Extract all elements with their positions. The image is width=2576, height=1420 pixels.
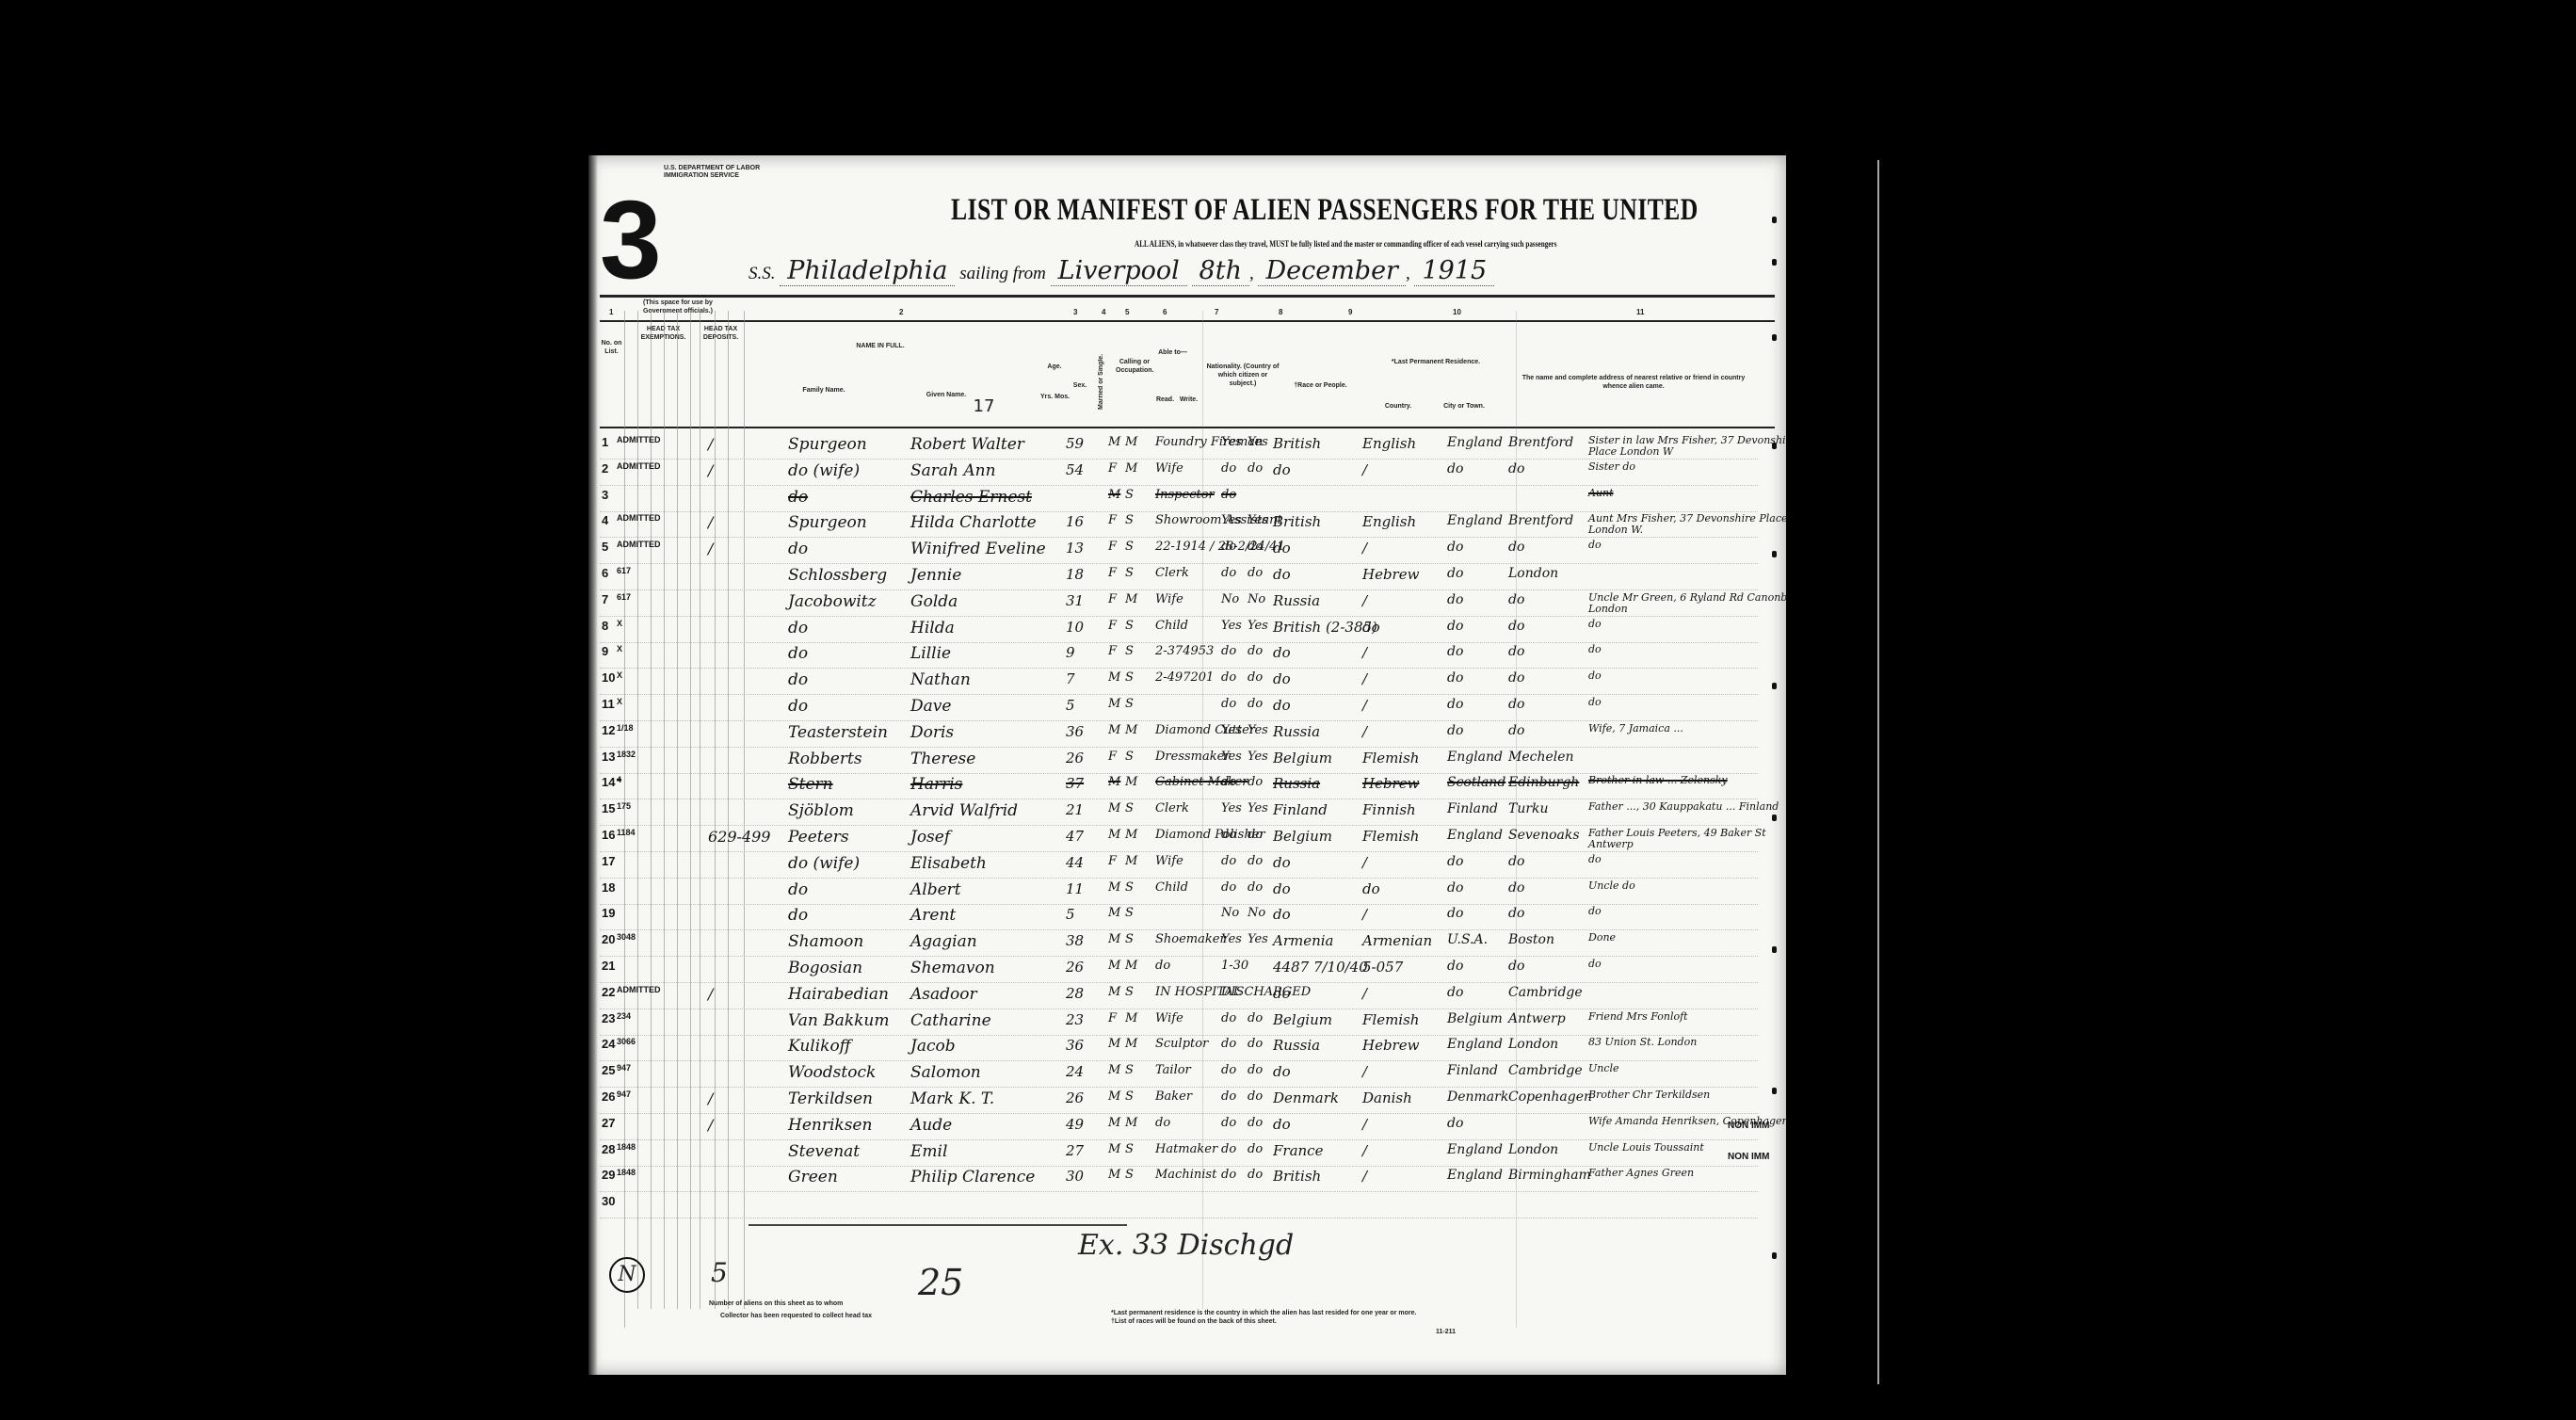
scan-edge-line xyxy=(1877,160,1879,1384)
residence-country: do xyxy=(1447,619,1463,634)
nearest-relative: 83 Union St. London xyxy=(1588,1037,1786,1048)
row-number: 10 xyxy=(602,670,615,685)
marital-status: M xyxy=(1125,828,1137,842)
table-row: 9XdoLillie9F2-374953dodo/dododoSdo xyxy=(600,642,1758,669)
departure-year: 1915 xyxy=(1414,256,1494,286)
no-on-list-header: No. on List. xyxy=(600,339,623,356)
col-number-11: 11 xyxy=(1636,308,1644,316)
sex: M xyxy=(1108,670,1120,685)
occupation: Machinist xyxy=(1155,1168,1216,1182)
occupation: Wife xyxy=(1155,592,1183,606)
able-to-write: Yes xyxy=(1248,619,1268,633)
race: Finnish xyxy=(1362,801,1416,818)
age-sub-header: Yrs. Mos. xyxy=(1038,393,1071,401)
able-to-write: do xyxy=(1248,1168,1263,1182)
nationality: Belgium xyxy=(1273,750,1332,766)
nationality: do xyxy=(1273,880,1291,897)
marital-status: S xyxy=(1125,1089,1134,1104)
given-name: Jennie xyxy=(910,566,961,585)
sex: M xyxy=(1108,1168,1120,1182)
marital-status: S xyxy=(1125,1063,1134,1077)
family-name: do xyxy=(788,644,808,663)
occupation: do xyxy=(1155,959,1170,973)
able-to-write: Yes xyxy=(1248,750,1268,764)
given-name: Emil xyxy=(910,1142,947,1161)
name-in-full-header: NAME IN FULL. xyxy=(824,342,937,350)
row-number: 20 xyxy=(602,932,615,946)
race: / xyxy=(1362,1142,1367,1159)
nationality: Armenia xyxy=(1273,932,1334,949)
race-header: †Race or People. xyxy=(1290,381,1351,390)
able-to-write: Yes xyxy=(1248,435,1268,449)
race: / xyxy=(1362,906,1367,923)
document-subtitle: ALL ALIENS, in whatsoever class they tra… xyxy=(1135,239,1557,249)
header-rule-mid xyxy=(600,320,1775,322)
age: 18 xyxy=(1066,566,1084,583)
row-number: 12 xyxy=(602,723,615,737)
residence-country: do xyxy=(1447,854,1463,869)
occupation: 2-497201 xyxy=(1155,670,1214,685)
able-to-read: do xyxy=(1221,461,1236,476)
given-name: Golda xyxy=(910,592,958,611)
able-to-read: do xyxy=(1221,644,1236,658)
residence-country: do xyxy=(1447,461,1463,476)
departure-port: Liverpool xyxy=(1051,256,1187,286)
head-tax-mark: / xyxy=(708,435,713,453)
nationality: Russia xyxy=(1273,592,1320,609)
col-number-9: 9 xyxy=(1348,308,1352,316)
occupation: Tailor xyxy=(1155,1063,1191,1077)
able-to-read: do xyxy=(1221,1089,1236,1104)
nearest-relative: do xyxy=(1588,670,1786,682)
table-row: 17do (wife)Elisabeth44FWifedodo/dododoMd… xyxy=(600,852,1758,879)
residence-country: England xyxy=(1447,750,1503,765)
sex: M xyxy=(1108,985,1120,999)
able-to-read: Yes xyxy=(1221,619,1242,633)
age: 10 xyxy=(1066,619,1084,636)
able-to-write: do xyxy=(1248,775,1263,789)
ship-prefix: S.S. xyxy=(749,264,776,283)
nationality: do xyxy=(1273,670,1291,687)
marital-status: S xyxy=(1125,906,1134,920)
inspection-stamp: 1848 xyxy=(617,1168,636,1177)
able-to-read: Yes xyxy=(1221,723,1242,737)
residence-country: do xyxy=(1447,906,1463,921)
residence-country: Finland xyxy=(1447,801,1498,816)
age: 31 xyxy=(1066,592,1084,609)
inspection-stamp: 947 xyxy=(617,1063,631,1073)
col-number-8: 8 xyxy=(1279,308,1282,316)
age: 38 xyxy=(1066,932,1084,949)
aliens-count-label: Number of aliens on this sheet as to who… xyxy=(709,1299,843,1309)
sex: M xyxy=(1108,697,1120,711)
marital-status: S xyxy=(1125,619,1134,633)
inspection-stamp: X xyxy=(617,619,622,628)
able-to-read: No xyxy=(1221,592,1239,606)
nationality: do xyxy=(1273,697,1291,714)
family-name: Robberts xyxy=(788,750,862,768)
inspection-stamp: X xyxy=(617,644,622,654)
residence-city: do xyxy=(1508,854,1524,869)
table-row: 23234Van BakkumCatharine23FWifedoBelgium… xyxy=(600,1009,1758,1036)
given-name: Hilda Charlotte xyxy=(910,513,1037,532)
family-name: Van Bakkum xyxy=(788,1011,890,1030)
age: 5 xyxy=(1066,906,1075,923)
able-to-write: do xyxy=(1248,566,1263,580)
nationality: Denmark xyxy=(1273,1089,1339,1106)
age: 47 xyxy=(1066,828,1084,845)
margin-mark xyxy=(1772,551,1777,557)
nearest-relative: Aunt xyxy=(1588,488,1786,499)
nationality: British xyxy=(1273,1168,1321,1185)
sex: M xyxy=(1108,880,1120,895)
residence-city: do xyxy=(1508,880,1524,896)
able-to-read: do xyxy=(1221,1063,1236,1077)
age: 49 xyxy=(1066,1116,1084,1133)
nearest-relative: Uncle do xyxy=(1588,880,1786,892)
given-name: Elisabeth xyxy=(910,854,987,873)
nearest-relative: do xyxy=(1588,906,1786,917)
family-name: Henriksen xyxy=(788,1116,872,1135)
row-number: 14 xyxy=(602,775,615,789)
inspection-stamp: 947 xyxy=(617,1089,631,1099)
row-number: 5 xyxy=(602,540,608,554)
race: Hebrew xyxy=(1362,566,1419,583)
age: 7 xyxy=(1066,670,1075,687)
given-name-header: Given Name. xyxy=(909,391,984,399)
row-number: 15 xyxy=(602,801,615,815)
given-name: Hilda xyxy=(910,619,955,637)
nearest-relative: Done xyxy=(1588,932,1786,944)
head-tax-deposits-header: HEAD TAX DEPOSITS. xyxy=(700,325,742,342)
able-to-write: Yes xyxy=(1248,723,1268,737)
age: 16 xyxy=(1066,513,1084,530)
able-to-write: do xyxy=(1248,1063,1263,1077)
departure-day: 8th xyxy=(1192,256,1249,286)
able-to-write: Yes xyxy=(1248,932,1268,946)
occupation: Hatmaker xyxy=(1155,1142,1217,1156)
nearest-relative: Uncle xyxy=(1588,1063,1786,1074)
residence-country: do xyxy=(1447,592,1463,607)
occupation: Clerk xyxy=(1155,801,1189,815)
ship-line: S.S. Philadelphia sailing from Liverpool… xyxy=(749,256,1494,285)
given-name: Charles Ernest xyxy=(910,488,1032,507)
table-row: 281848StevenatEmil27MHatmakerdoFrance/En… xyxy=(600,1140,1758,1167)
given-name: Catharine xyxy=(910,1011,991,1030)
table-row: 243066KulikoffJacob36MSculptordoRussiaHe… xyxy=(600,1035,1758,1061)
row-number: 18 xyxy=(602,880,615,895)
able-to-read: do xyxy=(1221,775,1236,789)
nearest-relative: do xyxy=(1588,619,1786,630)
residence-country: England xyxy=(1447,1168,1503,1183)
manifest-sheet: U.S. DEPARTMENT OF LABOR IMMIGRATION SER… xyxy=(588,155,1786,1375)
age: 5 xyxy=(1066,697,1075,714)
head-tax-mark: / xyxy=(708,461,713,479)
col-number-5: 5 xyxy=(1125,308,1129,316)
table-row: 203048ShamoonAgagian38MShoemakerYesArmen… xyxy=(600,930,1758,957)
sex: F xyxy=(1108,750,1117,764)
residence-country: do xyxy=(1447,880,1463,896)
marital-status: S xyxy=(1125,644,1134,658)
family-name: do xyxy=(788,488,808,507)
family-name: Spurgeon xyxy=(788,513,867,532)
relative-header: The name and complete address of nearest… xyxy=(1516,374,1751,391)
nationality: do xyxy=(1273,985,1291,1002)
age: 11 xyxy=(1066,880,1084,897)
residence-city: do xyxy=(1508,906,1524,921)
nationality: do xyxy=(1273,540,1291,557)
race: / xyxy=(1362,644,1367,661)
row-number: 26 xyxy=(602,1089,615,1104)
given-name: Shemavon xyxy=(910,959,995,977)
age: 54 xyxy=(1066,461,1084,478)
race: do xyxy=(1362,880,1380,897)
inspector-signature: Ex. 33 Dischgd xyxy=(1078,1229,1294,1262)
family-name: do xyxy=(788,906,808,925)
given-name: Lillie xyxy=(910,644,951,663)
collector-label: Collector has been requested to collect … xyxy=(720,1312,872,1321)
marital-status: M xyxy=(1125,592,1137,606)
sex: F xyxy=(1108,461,1117,476)
sex: F xyxy=(1108,513,1117,527)
table-row: 161184629-499PeetersJosef47MDiamond Poli… xyxy=(600,826,1758,852)
col-number-1: 1 xyxy=(609,308,613,316)
age: 21 xyxy=(1066,801,1084,818)
sex: M xyxy=(1108,1142,1120,1156)
nationality: France xyxy=(1273,1142,1323,1159)
occupation: Child xyxy=(1155,619,1188,633)
family-name: Schlossberg xyxy=(788,566,887,585)
table-row: 11XdoDave5Mdodo/dododoSdo xyxy=(600,695,1758,721)
able-to-read: No xyxy=(1221,906,1239,920)
given-name: Josef xyxy=(910,828,950,847)
family-name: Stern xyxy=(788,775,833,794)
agency-label: U.S. DEPARTMENT OF LABOR IMMIGRATION SER… xyxy=(664,165,760,180)
race: Armenian xyxy=(1362,932,1432,949)
residence-city: Brentford xyxy=(1508,435,1573,450)
residence-country: England xyxy=(1447,1037,1503,1052)
marital-status: M xyxy=(1125,461,1137,476)
sex: F xyxy=(1108,540,1117,554)
head-tax-mark: / xyxy=(708,513,713,531)
table-row: 10XdoNathan7M2-497201dodo/dododoSdo xyxy=(600,669,1758,695)
occupation: Child xyxy=(1155,880,1188,895)
race: Flemish xyxy=(1362,828,1419,845)
family-name: Stevenat xyxy=(788,1142,860,1161)
header-rule-bottom xyxy=(600,427,1775,428)
married-single-header: Married or Single. xyxy=(1097,344,1110,419)
read-header: Read. xyxy=(1153,395,1177,404)
sex: M xyxy=(1108,959,1120,973)
given-name: Winifred Eveline xyxy=(910,540,1046,558)
row-number: 3 xyxy=(602,488,608,502)
able-to-write: do xyxy=(1248,1089,1263,1104)
col-number-2: 2 xyxy=(899,308,903,316)
family-name: Kulikoff xyxy=(788,1037,851,1056)
occupation: Clerk xyxy=(1155,566,1189,580)
family-name: Sjöblom xyxy=(788,801,854,820)
race: / xyxy=(1362,723,1367,740)
nationality: do xyxy=(1273,1116,1291,1133)
row-number: 21 xyxy=(602,959,615,973)
able-to-write: do xyxy=(1248,1116,1263,1130)
residence-country: England xyxy=(1447,435,1503,450)
nearest-relative: Brother Chr Terkildsen xyxy=(1588,1089,1786,1101)
inspection-stamp: 4 xyxy=(617,775,621,784)
marital-status: S xyxy=(1125,932,1134,946)
residence-city: Antwerp xyxy=(1508,1011,1566,1026)
residence-city: do xyxy=(1508,540,1524,555)
table-row: 6617SchlossbergJennie18FClerkdodoHebrewd… xyxy=(600,564,1758,590)
family-name: Woodstock xyxy=(788,1063,876,1082)
nearest-relative: do xyxy=(1588,540,1786,551)
sex: M xyxy=(1108,1037,1120,1051)
nationality: Russia xyxy=(1273,1037,1320,1054)
able-to-read: do xyxy=(1221,540,1236,554)
nearest-relative: Father ..., 30 Kauppakatu ... Finland xyxy=(1588,801,1786,813)
age: 36 xyxy=(1066,1037,1084,1054)
family-name: Terkildsen xyxy=(788,1089,873,1108)
family-name: do xyxy=(788,670,808,689)
able-to-read: do xyxy=(1221,1011,1236,1025)
inspection-stamp: ADMITTED xyxy=(617,985,661,994)
sex: F xyxy=(1108,854,1117,868)
sex: M xyxy=(1108,1116,1120,1130)
nationality: Belgium xyxy=(1273,828,1332,845)
residence-country: do xyxy=(1447,697,1463,712)
row-number: 7 xyxy=(602,592,608,606)
table-row: 15175SjöblomArvid Walfrid21MClerkYesFinl… xyxy=(600,799,1758,826)
age-header: Age. xyxy=(1040,363,1069,371)
nearest-relative: do xyxy=(1588,959,1786,970)
given-name: Salomon xyxy=(910,1063,981,1082)
nearest-relative: Sister do xyxy=(1588,461,1786,473)
city-header: City or Town. xyxy=(1436,402,1492,411)
residence-city: do xyxy=(1508,644,1524,659)
inspection-stamp: 1848 xyxy=(617,1142,636,1152)
margin-mark xyxy=(1772,259,1777,266)
occupation: 2-374953 xyxy=(1155,644,1214,658)
head-tax-mark: 25 xyxy=(918,1262,963,1303)
nearest-relative: Father Agnes Green xyxy=(1588,1168,1786,1179)
given-name: Nathan xyxy=(910,670,971,689)
list-end-rule xyxy=(749,1224,1127,1226)
residence-city: Brentford xyxy=(1508,513,1573,528)
inspection-stamp: 1184 xyxy=(617,828,636,837)
table-row: 121/18TeastersteinDoris36MDiamond Cutter… xyxy=(600,721,1758,748)
able-to-read: do xyxy=(1221,1037,1236,1051)
inspection-stamp: ADMITTED xyxy=(617,540,661,549)
able-to-write: do xyxy=(1248,461,1263,476)
able-to-write: do xyxy=(1248,1011,1263,1025)
able-to-write: do xyxy=(1248,670,1263,685)
given-name: Harris xyxy=(910,775,962,794)
table-row: 21BogosianShemavon26Mdo1-304487 7/10/405… xyxy=(600,957,1758,983)
age: 9 xyxy=(1066,644,1075,661)
able-to-read: 1-30 xyxy=(1221,959,1248,973)
nearest-relative: Uncle Mr Green, 6 Ryland Rd Canonbury Lo… xyxy=(1588,592,1786,615)
able-to-header: Able to— xyxy=(1156,348,1189,357)
inspection-stamp: 175 xyxy=(617,801,631,811)
able-to-read: DISCHARGED xyxy=(1221,985,1311,999)
residence-country: England xyxy=(1447,828,1503,843)
family-name: Shamoon xyxy=(788,932,863,951)
marital-status: M xyxy=(1125,1011,1137,1025)
given-name: Doris xyxy=(910,723,954,742)
marital-status: M xyxy=(1125,854,1137,868)
family-name: do xyxy=(788,697,808,716)
nationality: do xyxy=(1273,644,1291,661)
residence-country: do xyxy=(1447,644,1463,659)
occupation: 22-1914 / 28-2/24/41 xyxy=(1155,540,1285,554)
family-name: do xyxy=(788,619,808,637)
row-number: 30 xyxy=(602,1194,615,1208)
sex: M xyxy=(1108,1089,1120,1104)
given-name: Aude xyxy=(910,1116,952,1135)
race: English xyxy=(1362,435,1416,452)
residence-city: do xyxy=(1508,461,1524,476)
sex-header: Sex. xyxy=(1071,381,1089,390)
able-to-read: do xyxy=(1221,1116,1236,1130)
head-tax-mark: / xyxy=(708,985,713,1003)
inspection-stamp: 3048 xyxy=(617,932,636,942)
row-number: 29 xyxy=(602,1168,615,1182)
inspection-stamp: 1/18 xyxy=(617,723,634,733)
race: / xyxy=(1362,697,1367,714)
able-to-write: do xyxy=(1248,1037,1263,1051)
table-row: 291848GreenPhilip Clarence30MMachinistdo… xyxy=(600,1166,1758,1192)
able-to-write: do xyxy=(1248,697,1263,711)
able-to-read: do xyxy=(1221,488,1236,502)
able-to-read: do xyxy=(1221,566,1236,580)
residence-country: England xyxy=(1447,1142,1503,1157)
able-to-read: Yes xyxy=(1221,513,1242,527)
nearest-relative: Sister in law Mrs Fisher, 37 Devonshire … xyxy=(1588,435,1786,458)
table-row: 144SternHarris37MCabinet MakerdoRussiaHe… xyxy=(600,773,1758,799)
marital-status: S xyxy=(1125,513,1134,527)
sex: M xyxy=(1108,723,1120,737)
able-to-read: do xyxy=(1221,697,1236,711)
inspection-stamp: 3066 xyxy=(617,1037,636,1046)
able-to-read: do xyxy=(1221,854,1236,868)
head-tax-mark: / xyxy=(708,1089,713,1107)
race: 5-057 xyxy=(1362,959,1403,976)
residence-city: do xyxy=(1508,619,1524,634)
family-name: Hairabedian xyxy=(788,985,889,1004)
footnote-races: †List of races will be found on the back… xyxy=(1111,1317,1277,1327)
marital-status: M xyxy=(1125,723,1137,737)
marital-status: S xyxy=(1125,750,1134,764)
able-to-read: do xyxy=(1221,1168,1236,1182)
occupation: do xyxy=(1155,1116,1170,1130)
marital-status: S xyxy=(1125,488,1134,502)
family-name: Teasterstein xyxy=(788,723,888,742)
nearest-relative: do xyxy=(1588,644,1786,655)
residence-city: Cambridge xyxy=(1508,985,1583,1000)
write-header: Write. xyxy=(1177,395,1200,404)
nationality: do xyxy=(1273,566,1291,583)
nationality: 4487 7/10/40 xyxy=(1273,959,1368,976)
family-name: Green xyxy=(788,1168,838,1186)
row-number: 16 xyxy=(602,828,615,842)
given-name: Philip Clarence xyxy=(910,1168,1035,1186)
margin-mark xyxy=(1772,815,1777,821)
race: Flemish xyxy=(1362,1011,1419,1028)
age: 24 xyxy=(1066,1063,1084,1080)
age: 26 xyxy=(1066,750,1084,766)
row-number: 8 xyxy=(602,619,608,633)
residence-city: London xyxy=(1508,1037,1558,1052)
